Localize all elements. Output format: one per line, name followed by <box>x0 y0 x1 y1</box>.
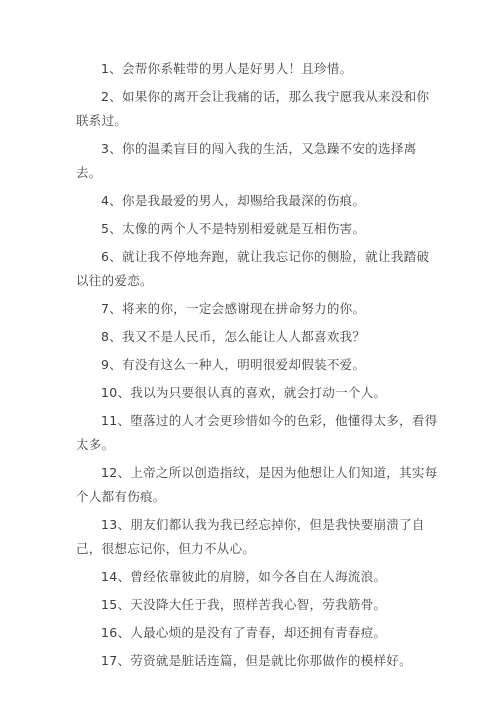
quote-item: 5、太像的两个人不是特别相爱就是互相伤害。 <box>76 217 438 241</box>
quote-list: 1、会帮你系鞋带的男人是好男人！且珍惜。2、如果你的离开会让我痛的话，那么我宁愿… <box>76 57 438 673</box>
document-page: 1、会帮你系鞋带的男人是好男人！且珍惜。2、如果你的离开会让我痛的话，那么我宁愿… <box>0 0 500 708</box>
quote-item: 11、堕落过的人才会更珍惜如今的色彩，他懂得太多，看得太多。 <box>76 409 438 457</box>
quote-item: 12、上帝之所以创造指纹，是因为他想让人们知道，其实每个人都有伤痕。 <box>76 461 438 509</box>
quote-item: 8、我又不是人民币，怎么能让人人都喜欢我？ <box>76 325 438 349</box>
quote-item: 4、你是我最爱的男人，却赐给我最深的伤痕。 <box>76 189 438 213</box>
quote-item: 1、会帮你系鞋带的男人是好男人！且珍惜。 <box>76 57 438 81</box>
quote-item: 7、将来的你，一定会感谢现在拼命努力的你。 <box>76 297 438 321</box>
quote-item: 6、就让我不停地奔跑，就让我忘记你的侧脸，就让我踏破以往的爱恋。 <box>76 245 438 293</box>
quote-item: 2、如果你的离开会让我痛的话，那么我宁愿我从来没和你联系过。 <box>76 85 438 133</box>
quote-item: 17、劳资就是脏话连篇，但是就比你那做作的模样好。 <box>76 649 438 673</box>
quote-item: 15、天没降大任于我，照样苦我心智，劳我筋骨。 <box>76 593 438 617</box>
quote-item: 10、我以为只要很认真的喜欢，就会打动一个人。 <box>76 381 438 405</box>
quote-item: 3、你的温柔盲目的闯入我的生活，又急躁不安的选择离去。 <box>76 137 438 185</box>
quote-item: 9、有没有这么一种人，明明很爱却假装不爱。 <box>76 353 438 377</box>
quote-item: 16、人最心烦的是没有了青春，却还拥有青春痘。 <box>76 621 438 645</box>
quote-item: 13、朋友们都认我为我已经忘掉你，但是我快要崩溃了自己，很想忘记你，但力不从心。 <box>76 513 438 561</box>
quote-item: 14、曾经依靠彼此的肩膀，如今各自在人海流浪。 <box>76 565 438 589</box>
